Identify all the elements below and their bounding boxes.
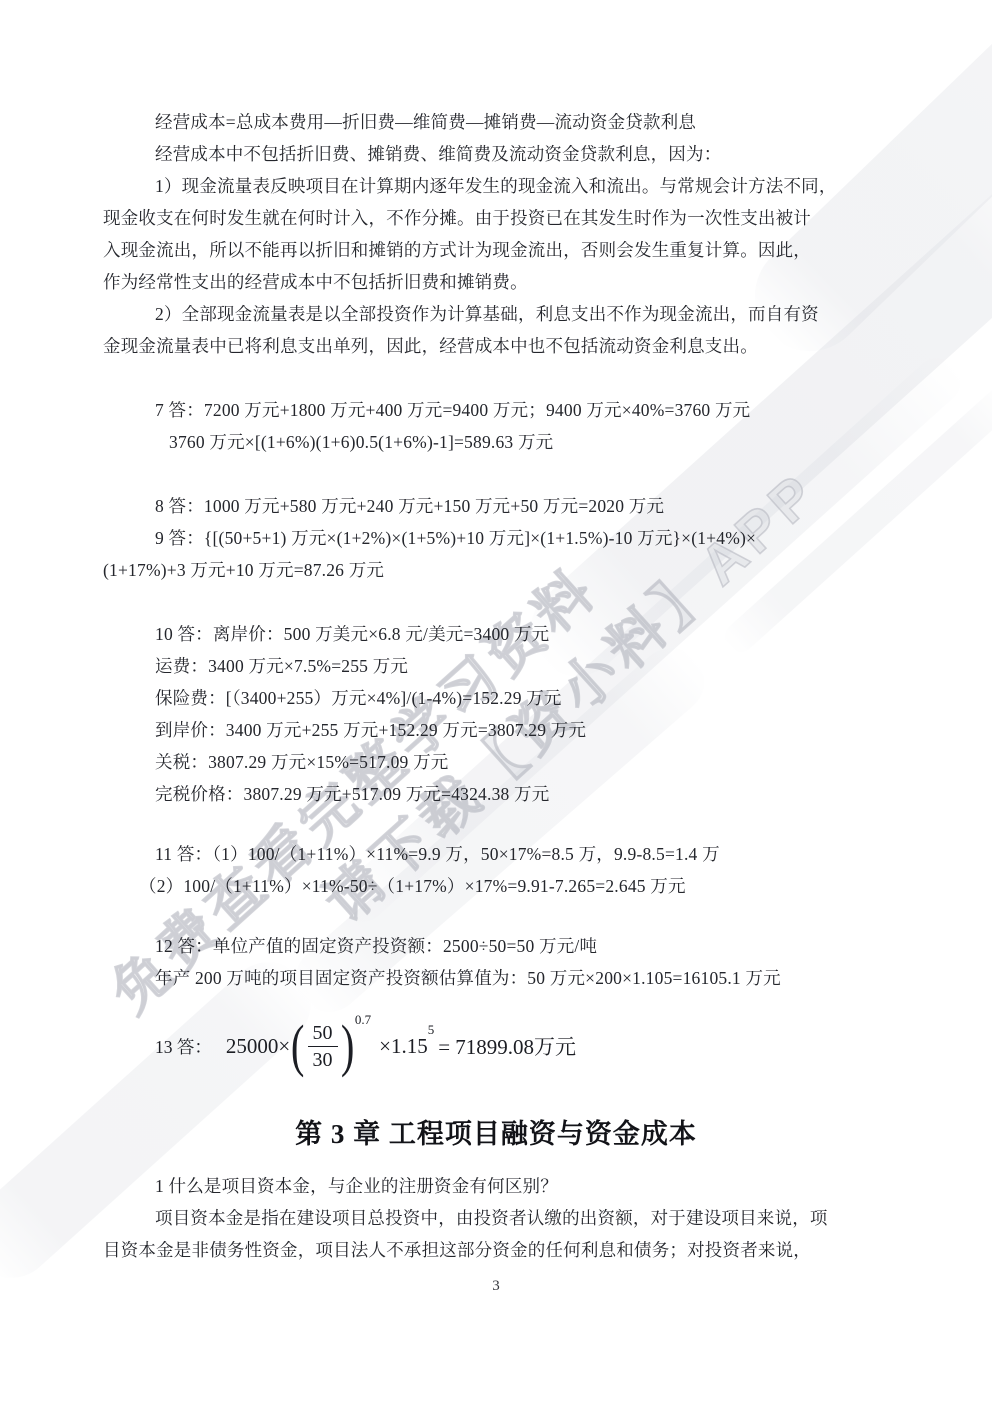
text-line: 经营成本中不包括折旧费、摊销费、维简费及流动资金贷款利息，因为：	[103, 138, 889, 170]
text-line: 3760 万元×[(1+6%)(1+6)0.5(1+6%)-1]=589.63 …	[103, 426, 889, 458]
fraction-numerator: 50	[308, 1021, 338, 1047]
open-paren: (	[291, 1020, 305, 1072]
text-line: 10 答：离岸价：500 万美元×6.8 元/美元=3400 万元	[103, 618, 889, 650]
document-body: 经营成本=总成本费用—折旧费—维简费—摊销费—流动资金贷款利息 经营成本中不包括…	[103, 106, 889, 1266]
exponent: 0.7	[355, 1012, 371, 1028]
text-line: 1 什么是项目资本金，与企业的注册资金有何区别？	[103, 1170, 889, 1202]
text-line: 年产 200 万吨的项目固定资产投资额估算值为：50 万元×200×1.105=…	[103, 962, 889, 994]
text-line: 运费：3400 万元×7.5%=255 万元	[103, 650, 889, 682]
text-line: 7 答：7200 万元+1800 万元+400 万元=9400 万元；9400 …	[103, 394, 889, 426]
document-page: 免费查看完整学习资料 请下载【资小料】APP 经营成本=总成本费用—折旧费—维简…	[0, 0, 992, 1403]
text-line: 完税价格：3807.29 万元+517.09 万元=4324.38 万元	[103, 778, 889, 810]
close-paren: )	[340, 1020, 354, 1072]
text-line: 目资本金是非债务性资金，项目法人不承担这部分资金的任何利息和债务；对投资者来说，	[103, 1234, 889, 1266]
formula-term: ×1.15	[379, 1034, 428, 1059]
text-line: (1+17%)+3 万元+10 万元=87.26 万元	[103, 554, 889, 586]
text-line: 到岸价：3400 万元+255 万元+152.29 万元=3807.29 万元	[103, 714, 889, 746]
text-line: 保险费：[（3400+255）万元×4%]/(1-4%)=152.29 万元	[103, 682, 889, 714]
text-line: 9 答：{[(50+5+1) 万元×(1+2%)×(1+5%)+10 万元]×(…	[103, 522, 889, 554]
text-line: 12 答：单位产值的固定资产投资额：2500÷50=50 万元/吨	[103, 930, 889, 962]
exponent: 5	[428, 1022, 435, 1038]
text-line: 1）现金流量表反映项目在计算期内逐年发生的现金流入和流出。与常规会计方法不同，	[103, 170, 889, 202]
text-line: 作为经常性支出的经营成本中不包括折旧费和摊销费。	[103, 266, 889, 298]
chapter-heading: 第 3 章 工程项目融资与资金成本	[103, 1112, 889, 1156]
fraction: 50 30	[308, 1021, 338, 1072]
text-line: 2）全部现金流量表是以全部投资作为计算基础，利息支出不作为现金流出，而自有资	[103, 298, 889, 330]
text-line: 关税：3807.29 万元×15%=517.09 万元	[103, 746, 889, 778]
formula-prefix: 13 答：	[155, 1034, 212, 1059]
text-line: 经营成本=总成本费用—折旧费—维简费—摊销费—流动资金贷款利息	[103, 106, 889, 138]
text-line: 金现金流量表中已将利息支出单列，因此，经营成本中也不包括流动资金利息支出。	[103, 330, 889, 362]
text-line: 11 答：（1）100/（1+11%）×11%=9.9 万，50×17%=8.5…	[103, 838, 889, 870]
page-number: 3	[0, 1278, 992, 1295]
text-line: 8 答：1000 万元+580 万元+240 万元+150 万元+50 万元=2…	[103, 490, 889, 522]
formula-result: = 71899.08万元	[438, 1031, 576, 1061]
formula-line: 13 答： 25000× ( 50 30 ) 0.7 ×1.15 5 = 718…	[155, 1010, 889, 1082]
text-line: 入现金流出，所以不能再以折旧和摊销的方式计为现金流出，否则会发生重复计算。因此，	[103, 234, 889, 266]
formula-term: 25000×	[226, 1034, 290, 1059]
text-line: （2）100/（1+11%）×11%-50÷（1+17%）×17%=9.91-7…	[103, 870, 889, 902]
text-line: 现金收支在何时发生就在何时计入，不作分摊。由于投资已在其发生时作为一次性支出被计	[103, 202, 889, 234]
fraction-denominator: 30	[313, 1047, 333, 1072]
text-line: 项目资本金是指在建设项目总投资中，由投资者认缴的出资额，对于建设项目来说，项	[103, 1202, 889, 1234]
